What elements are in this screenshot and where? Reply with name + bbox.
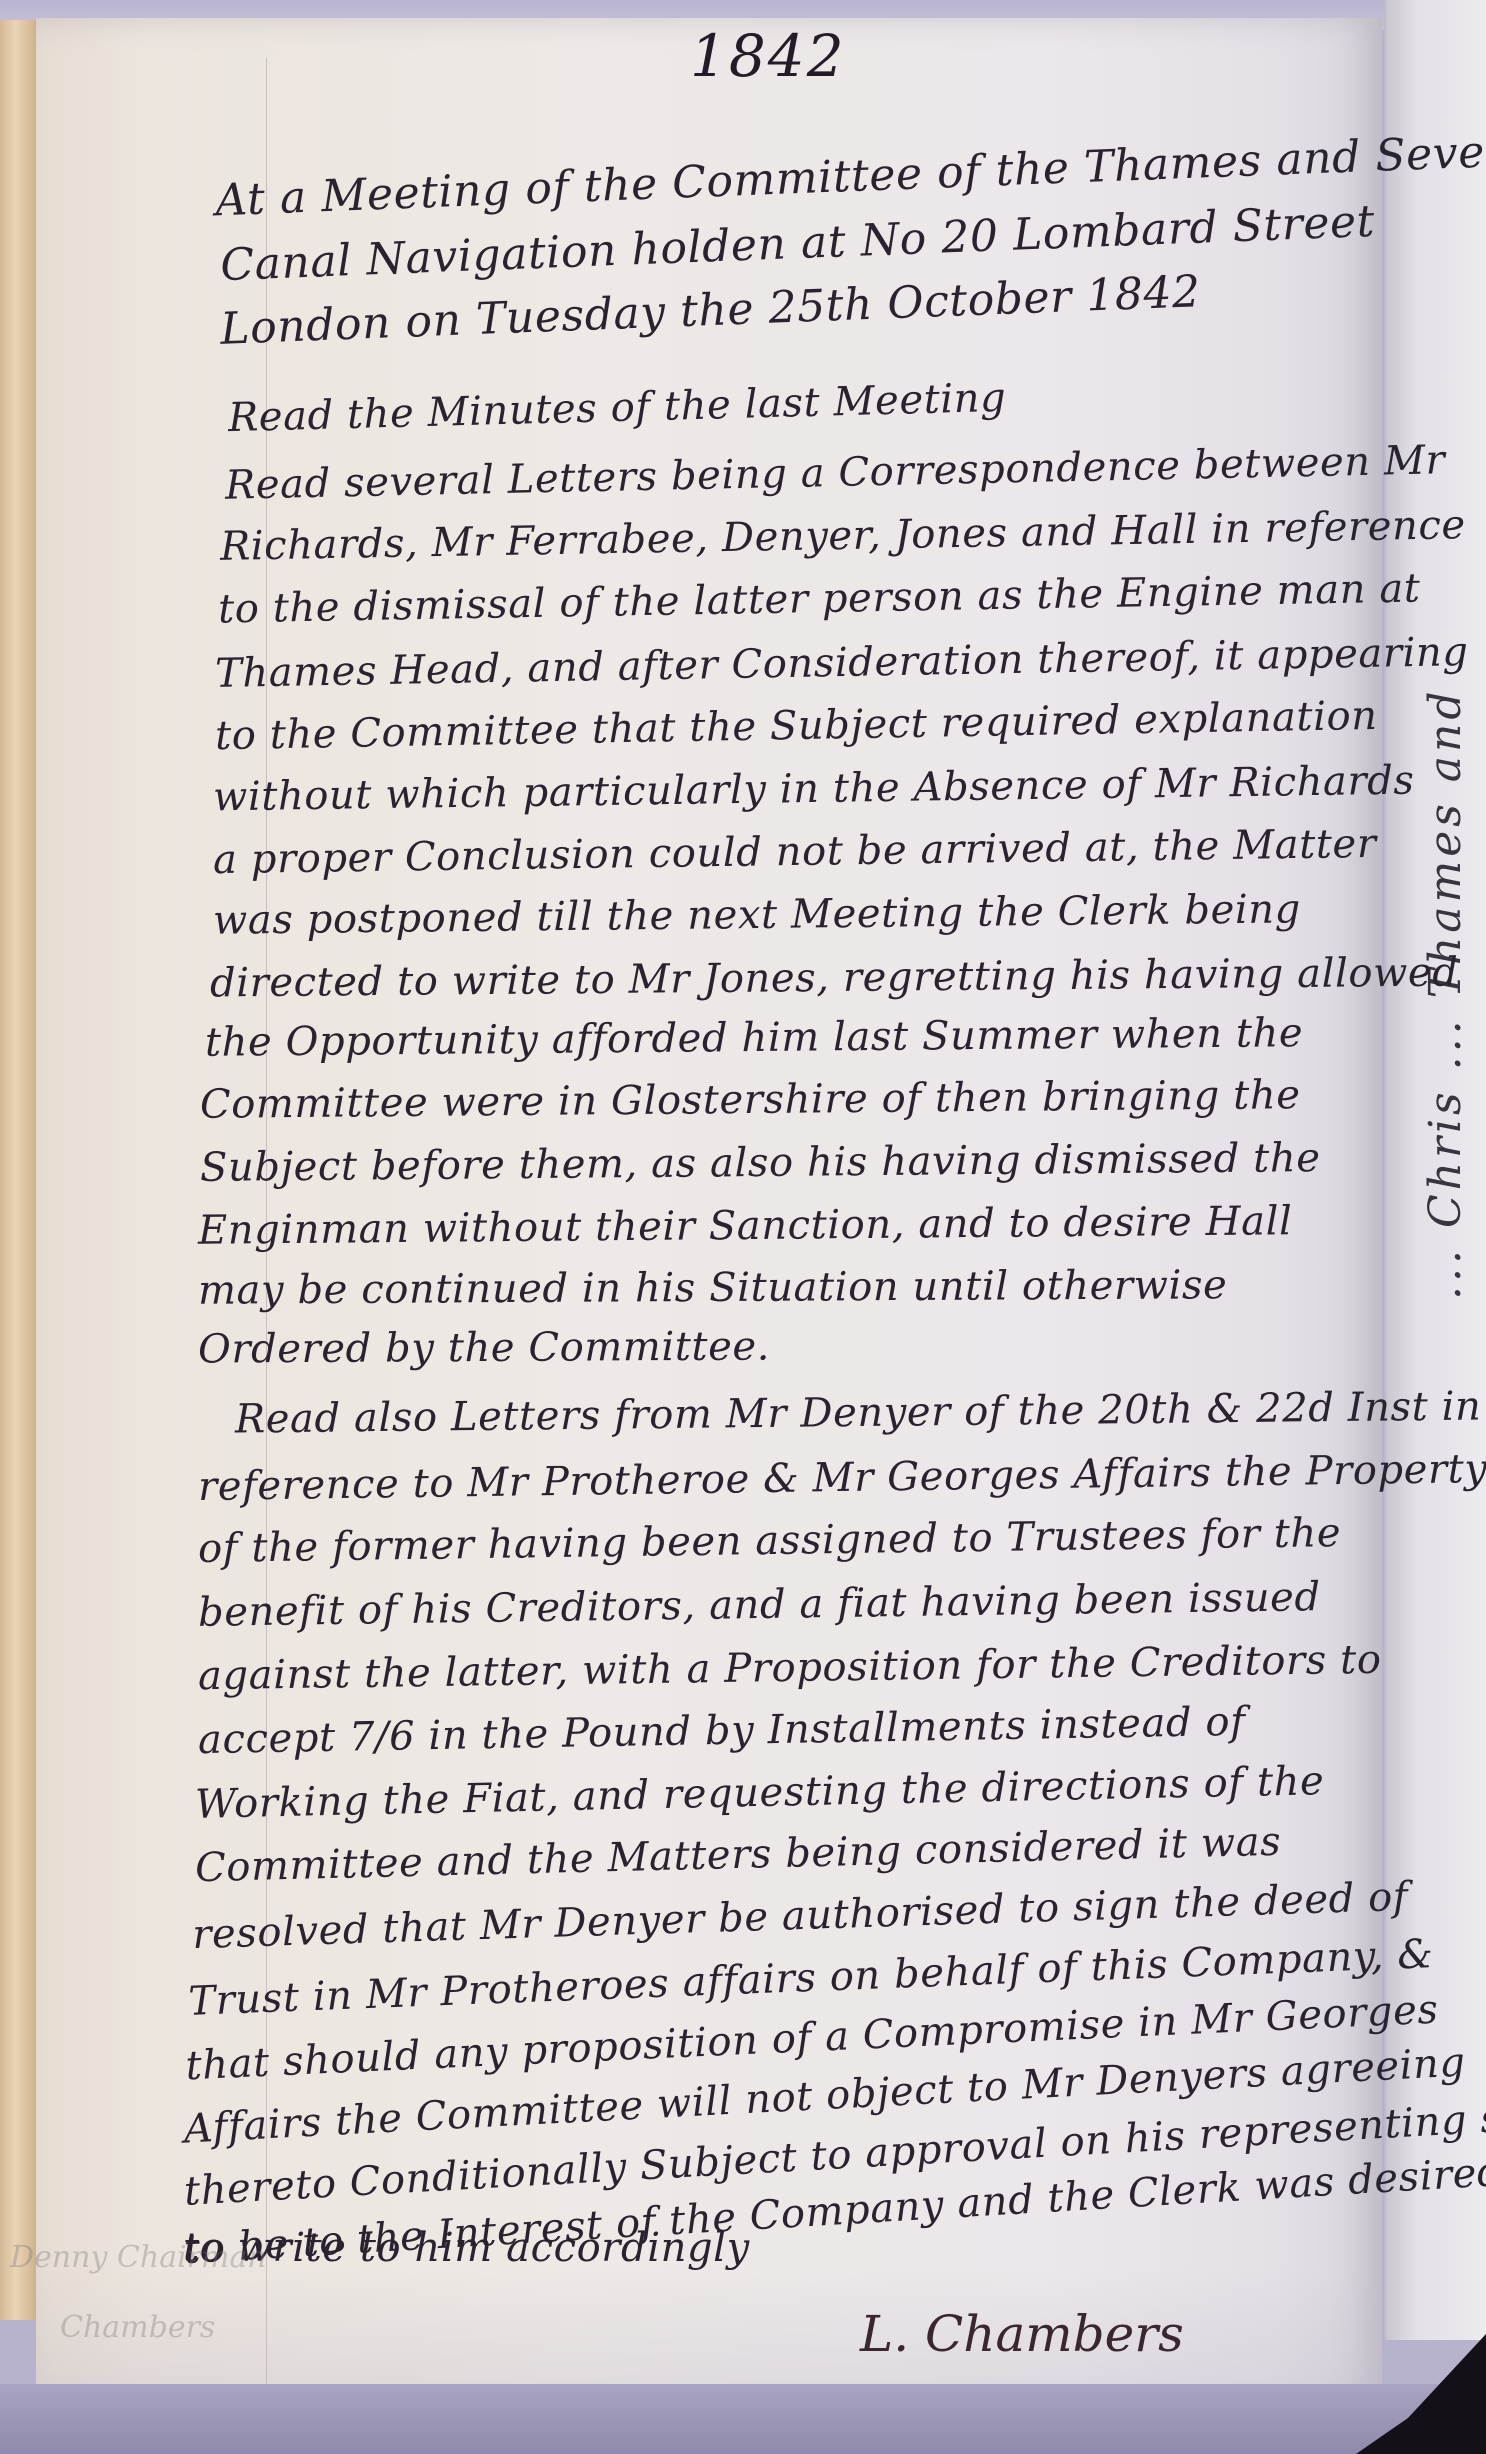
minute-line: the Opportunity afforded him last Summer… <box>205 1010 1304 1066</box>
minute-line: may be continued in his Situation until … <box>198 1262 1228 1313</box>
pencil-marginalia: Denny Chairman <box>10 2240 267 2275</box>
year-header: 1842 <box>690 22 846 90</box>
minute-line: Enginman without their Sanction, and to … <box>198 1198 1293 1254</box>
facing-page-margin-text: ... Chris ... Thames and <box>1420 200 1480 1300</box>
minute-line: to write to him accordingly <box>183 2225 750 2271</box>
minute-line: Committee were in Glostershire of then b… <box>200 1072 1301 1128</box>
signature-chambers: L. Chambers <box>860 2305 1184 2363</box>
book-page-edges <box>0 20 40 2320</box>
minute-line: Ordered by the Committee. <box>198 1324 770 1373</box>
backdrop-bottom <box>0 2384 1486 2454</box>
pencil-marginalia: Chambers <box>60 2310 215 2345</box>
minute-line: Subject before them, as also his having … <box>200 1135 1321 1191</box>
